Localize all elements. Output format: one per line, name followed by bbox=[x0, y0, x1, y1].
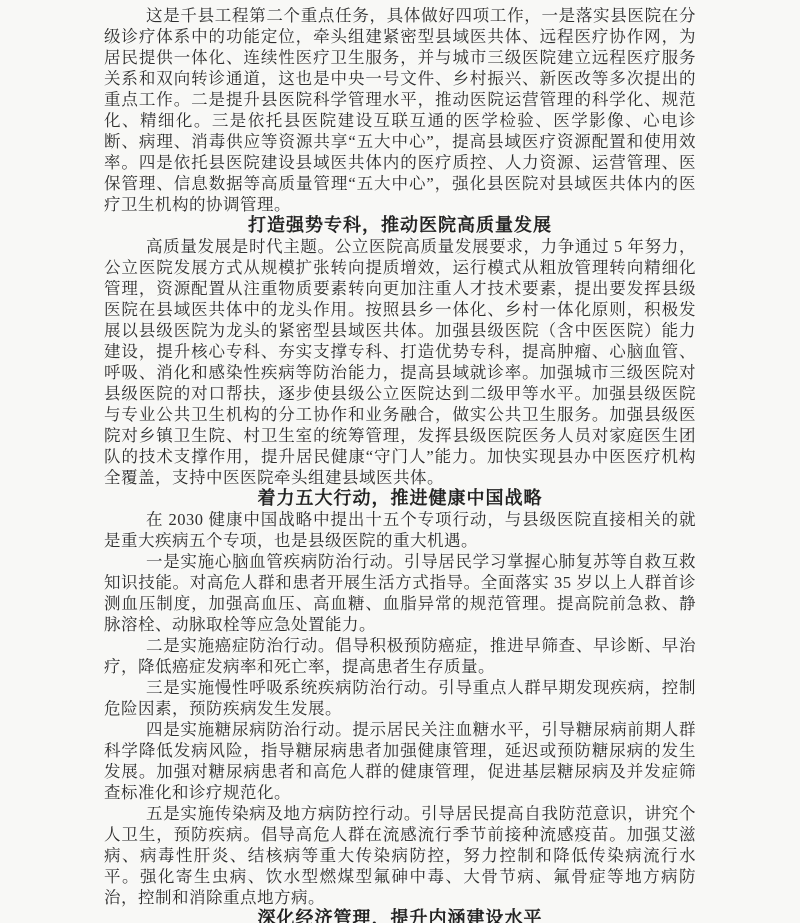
body-paragraph: 这是千县工程第二个重点任务，具体做好四项工作，一是落实县医院在分级诊疗体系中的功… bbox=[104, 5, 696, 215]
section-heading: 打造强势专科，推动医院高质量发展 bbox=[104, 215, 696, 236]
body-paragraph: 在 2030 健康中国战略中提出十五个专项行动，与县级医院直接相关的就是重大疾病… bbox=[104, 509, 696, 551]
document-content: 这是千县工程第二个重点任务，具体做好四项工作，一是落实县医院在分级诊疗体系中的功… bbox=[0, 0, 800, 923]
body-paragraph: 三是实施慢性呼吸系统疾病防治行动。引导重点人群早期发现疾病，控制危险因素，预防疾… bbox=[104, 677, 696, 719]
body-paragraph: 四是实施糖尿病防治行动。提示居民关注血糖水平，引导糖尿病前期人群科学降低发病风险… bbox=[104, 719, 696, 803]
document-page: 这是千县工程第二个重点任务，具体做好四项工作，一是落实县医院在分级诊疗体系中的功… bbox=[0, 0, 800, 923]
section-heading: 深化经济管理，提升内涵建设水平 bbox=[104, 908, 696, 923]
section-heading: 着力五大行动，推进健康中国战略 bbox=[104, 488, 696, 509]
body-paragraph: 二是实施癌症防治行动。倡导积极预防癌症，推进早筛查、早诊断、早治疗，降低癌症发病… bbox=[104, 635, 696, 677]
body-paragraph: 五是实施传染病及地方病防控行动。引导居民提高自我防范意识，讲究个人卫生，预防疾病… bbox=[104, 803, 696, 908]
body-paragraph: 一是实施心脑血管疾病防治行动。引导居民学习掌握心肺复苏等自救互救知识技能。对高危… bbox=[104, 551, 696, 635]
body-paragraph: 高质量发展是时代主题。公立医院高质量发展要求，力争通过 5 年努力，公立医院发展… bbox=[104, 236, 696, 488]
